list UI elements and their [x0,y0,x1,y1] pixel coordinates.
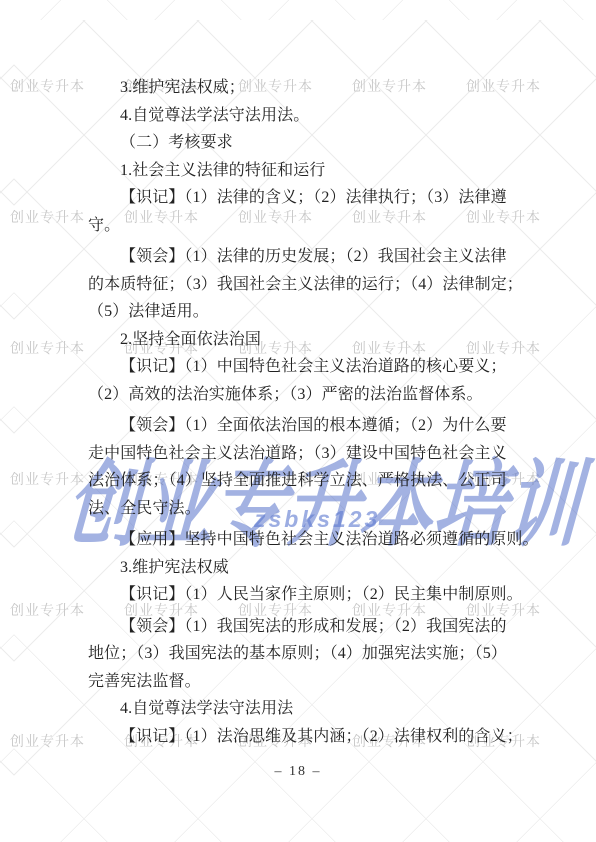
body-line: 【识记】（1）人民当家作主原则；（2）民主集中制原则。 [88,581,518,609]
body-line: 地位；（3）我国宪法的基本原则；（4）加强宪法实施；（5） [88,640,518,668]
body-line: 【识记】（1）法律的含义；（2）法律执行；（3）法律遵 [88,184,518,212]
document-body: 3.维护宪法权威； 4.自觉尊法学法守法用法。 （二）考核要求 1.社会主义法律… [88,74,518,750]
body-line: 【识记】（1）法治思维及其内涵；（2）法律权利的含义； [88,723,518,751]
body-line: 4.自觉尊法学法守法用法。 [88,102,518,130]
body-line: 守。 [88,212,518,240]
watermark-text: 创业专升本 [10,338,85,358]
body-line: 【领会】（1）法律的历史发展；（2）我国社会主义法律 [88,243,518,271]
watermark-text: 创业专升本 [10,731,85,751]
body-line: 4.自觉尊法学法守法用法 [88,695,518,723]
body-line: 完善宪法监督。 [88,668,518,696]
body-line: 【领会】（1）全面依法治国的根本遵循；（2）为什么要 [88,412,518,440]
body-line: 【领会】（1）我国宪法的形成和发展；（2）我国宪法的 [88,613,518,641]
body-line: 的本质特征；（3）我国社会主义法律的运行；（4）法律制定； [88,271,518,299]
body-line: （5）法律适用。 [88,298,518,326]
body-line: 3.维护宪法权威 [88,554,518,582]
watermark-text: 创业专升本 [10,76,85,96]
body-line: 【识记】（1）中国特色社会主义法治道路的核心要义； [88,353,518,381]
body-line: 2.坚持全面依法治国 [88,326,518,354]
watermark-text: 创业专升本 [10,207,85,227]
page-number: – 18 – [0,764,596,780]
body-line: 1.社会主义法律的特征和运行 [88,157,518,185]
document-page: 创业专升本创业专升本创业专升本创业专升本创业专升本创业专升本创业专升本创业专升本… [0,0,596,842]
body-line: （二）考核要求 [88,129,518,157]
body-line: 3.维护宪法权威； [88,74,518,102]
body-line: 走中国特色社会主义法治道路；（3）建设中国特色社会主义 [88,440,518,468]
body-line: 法治体系；（4）坚持全面推进科学立法、严格执法、公正司 [88,467,518,495]
watermark-text: 创业专升本 [10,600,85,620]
body-line: 法、全民守法。 [88,495,518,523]
body-line: 【应用】坚持中国特色社会主义法治道路必须遵循的原则。 [88,526,518,554]
body-line: （2）高效的法治实施体系；（3）严密的法治监督体系。 [88,381,518,409]
